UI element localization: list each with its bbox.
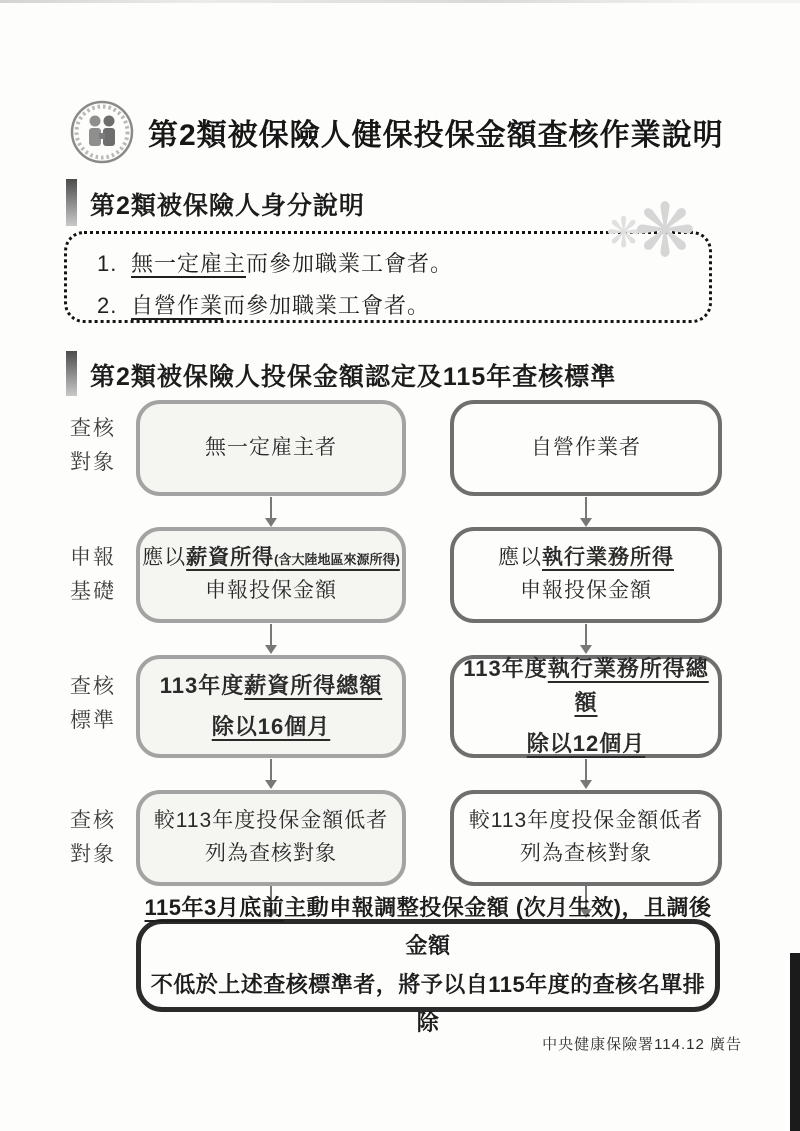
nhi-emblem-icon xyxy=(68,98,136,166)
row-label-audit-target-2: 查核對象 xyxy=(70,804,116,872)
section2-accent-bar xyxy=(66,351,77,396)
list-item-text: 自營作業而參加職業工會者。 xyxy=(131,289,430,320)
row-label-report-basis: 申報基礎 xyxy=(70,541,116,609)
list-item-number: 2. xyxy=(97,293,131,319)
flow-box-professional-income-basis: 應以執行業務所得 申報投保金額 xyxy=(450,527,722,623)
flow-box-self-employed: 自營作業者 xyxy=(450,400,722,496)
section2-heading: 第2類被保險人投保金額認定及115年查核標準 xyxy=(90,357,616,393)
down-arrow-icon xyxy=(579,624,593,654)
scan-artifact-strip xyxy=(790,953,800,1131)
section1-heading: 第2類被保險人身分說明 xyxy=(90,186,365,222)
flow-box-audit-target-left: 較113年度投保金額低者 列為查核對象 xyxy=(136,790,406,886)
down-arrow-icon xyxy=(579,497,593,527)
scan-edge-artifact xyxy=(0,0,800,3)
flower-decoration-icon: ❋ xyxy=(634,194,696,268)
list-item: 1. 無一定雇主而參加職業工會者。 xyxy=(97,247,689,278)
footer-credit: 中央健康保險署114.12 廣告 xyxy=(542,1033,742,1054)
down-arrow-icon xyxy=(264,624,278,654)
list-item-text: 無一定雇主而參加職業工會者。 xyxy=(131,247,453,278)
flow-box-no-fixed-employer: 無一定雇主者 xyxy=(136,400,406,496)
header: 第2類被保險人健保投保金額查核作業說明 xyxy=(68,98,724,166)
flow-box-salary-income-basis: 應以薪資所得(含大陸地區來源所得) 申報投保金額 xyxy=(136,527,406,623)
down-arrow-icon xyxy=(264,759,278,789)
page-title: 第2類被保險人健保投保金額查核作業說明 xyxy=(148,110,724,154)
row-label-audit-target-1: 查核對象 xyxy=(70,412,116,480)
down-arrow-icon xyxy=(264,497,278,527)
list-item: 2. 自營作業而參加職業工會者。 xyxy=(97,289,689,320)
list-item-number: 1. xyxy=(97,251,131,277)
flow-box-professional-standard: 113年度執行業務所得總額 除以12個月 xyxy=(450,655,722,758)
down-arrow-icon xyxy=(579,759,593,789)
row-label-audit-standard: 查核標準 xyxy=(70,670,116,738)
document-page: 第2類被保險人健保投保金額查核作業說明 第2類被保險人身分說明 1. 無一定雇主… xyxy=(0,0,800,1131)
flow-box-exclusion-note: 115年3月底前主動申報調整投保金額 (次月生效)，且調後金額 不低於上述查核標… xyxy=(136,919,720,1012)
flow-box-salary-standard: 113年度薪資所得總額 除以16個月 xyxy=(136,655,406,758)
section1-accent-bar xyxy=(66,179,77,226)
flow-box-audit-target-right: 較113年度投保金額低者 列為查核對象 xyxy=(450,790,722,886)
